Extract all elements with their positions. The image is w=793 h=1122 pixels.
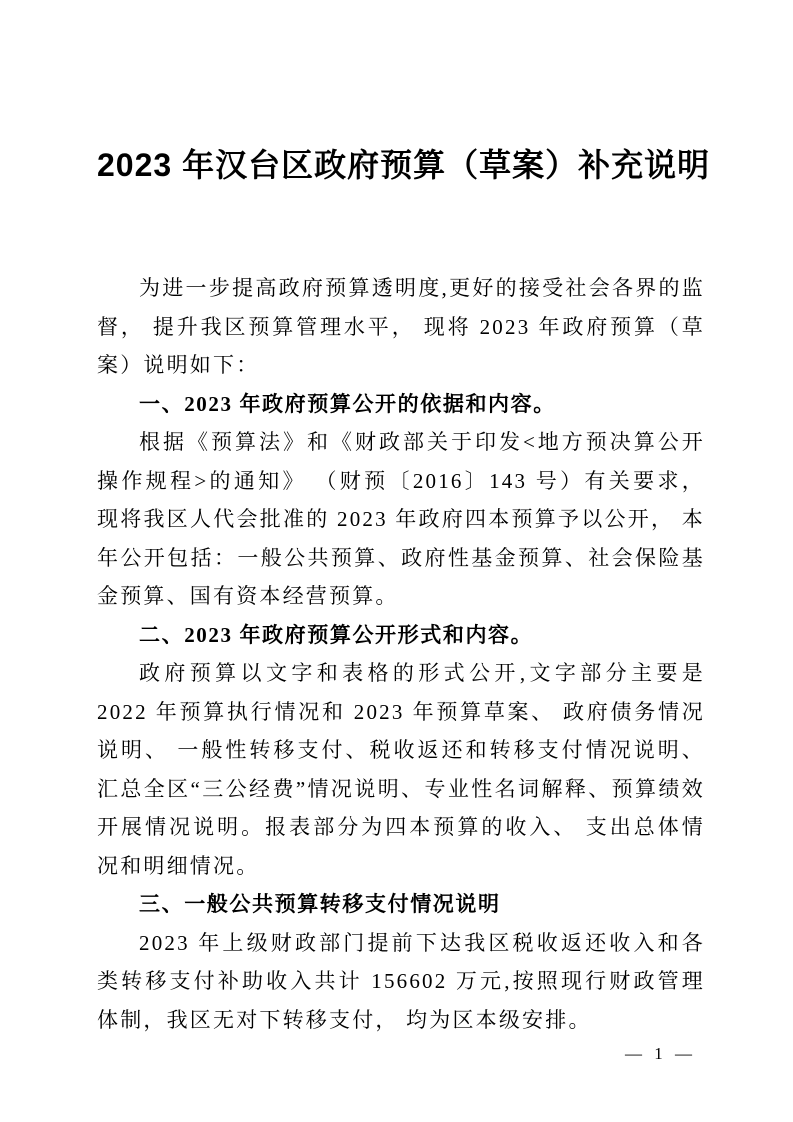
- document-page: 2023 年汉台区政府预算（草案）补充说明 为进一步提高政府预算透明度,更好的接…: [0, 0, 793, 1122]
- section-heading-2: 二、2023 年政府预算公开形式和内容。: [97, 616, 705, 655]
- section-paragraph-2: 政府预算以文字和表格的形式公开,文字部分主要是 2022 年预算执行情况和 20…: [97, 654, 705, 885]
- intro-paragraph: 为进一步提高政府预算透明度,更好的接受社会各界的监督， 提升我区预算管理水平， …: [97, 269, 705, 385]
- document-body: 为进一步提高政府预算透明度,更好的接受社会各界的监督， 提升我区预算管理水平， …: [97, 269, 705, 1039]
- section-heading-3: 三、一般公共预算转移支付情况说明: [97, 885, 705, 924]
- page-number: — 1 —: [625, 1044, 696, 1064]
- document-title: 2023 年汉台区政府预算（草案）补充说明: [97, 143, 705, 187]
- section-paragraph-1: 根据《预算法》和《财政部关于印发<地方预决算公开操作规程>的通知》 （财预〔20…: [97, 423, 705, 616]
- section-heading-1: 一、2023 年政府预算公开的依据和内容。: [97, 385, 705, 424]
- section-paragraph-3: 2023 年上级财政部门提前下达我区税收返还收入和各类转移支付补助收入共计 15…: [97, 924, 705, 1040]
